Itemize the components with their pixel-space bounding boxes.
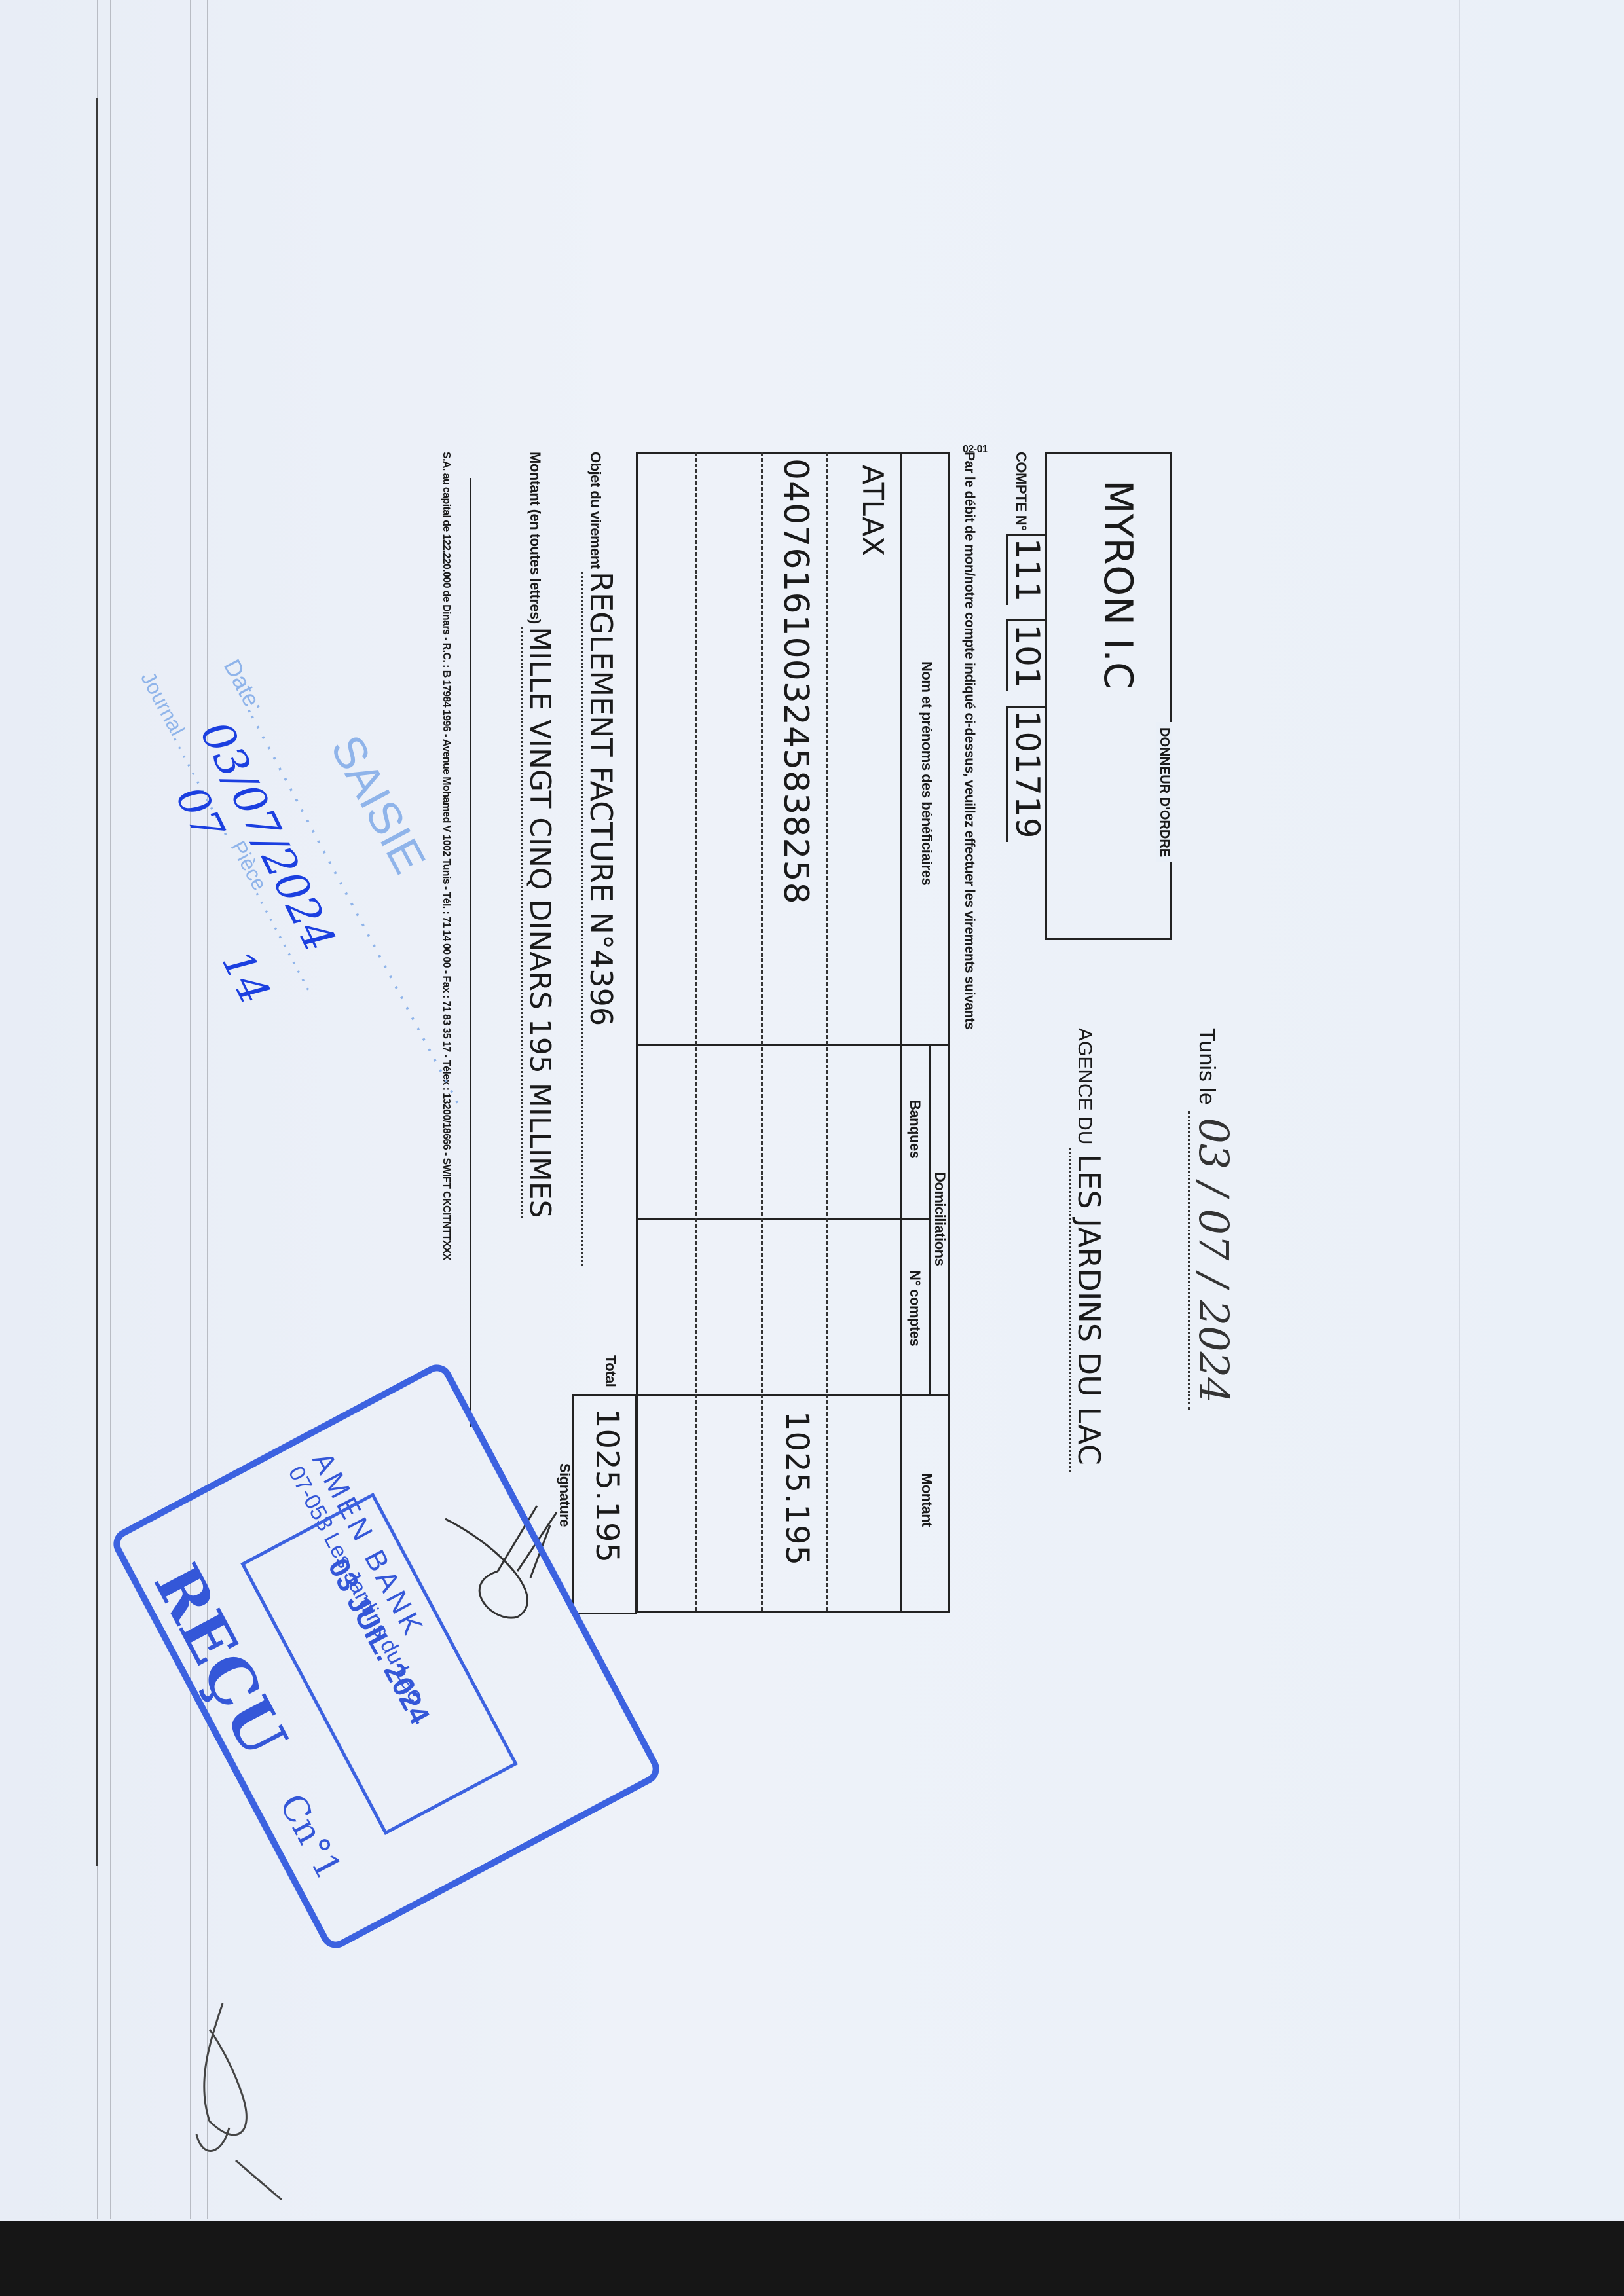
- account-label: COMPTE N°: [1013, 452, 1029, 530]
- row-divider: [761, 452, 763, 1611]
- table-border: [636, 1611, 950, 1613]
- column-divider: [636, 1044, 950, 1046]
- montant-lettres-value: MILLE VINGT CINQ DINARS 195 MILLIMES: [521, 627, 557, 1218]
- row-2-montant: 1025.195: [779, 1411, 815, 1566]
- margin-line: [190, 0, 191, 2219]
- city-date-label: Tunis le: [1194, 1028, 1219, 1105]
- account-part-2: 101: [1006, 619, 1046, 691]
- header-beneficiaire: Nom et prénoms des bénéficiaires: [918, 661, 935, 885]
- objet-label: Objet du virement: [587, 452, 604, 569]
- form-code: 02-01: [963, 444, 987, 456]
- objet-line: Objet du virement REGLEMENT FACTURE N°43…: [581, 452, 619, 1266]
- beneficiaries-table: Nom et prénoms des bénéficiaires Domicil…: [635, 452, 950, 1617]
- margin-line: [207, 0, 208, 2219]
- initials-signature-icon: [183, 1990, 288, 2200]
- footer-rule: [470, 478, 471, 1427]
- stamp-counter: Cn°1: [271, 1787, 350, 1886]
- header-domiciliations: Domiciliations: [931, 1172, 948, 1266]
- table-border: [948, 452, 950, 1611]
- montant-lettres-label: Montant (en toutes lettres): [527, 452, 544, 624]
- column-divider: [636, 1394, 950, 1396]
- row-divider: [695, 452, 697, 1611]
- page-edge-line: [96, 98, 98, 1866]
- account-number: COMPTE N° 111101101719: [1008, 452, 1046, 856]
- header-n-comptes: N° comptes: [906, 1270, 923, 1346]
- stamp-date: 03 JUIL. 2024: [321, 1554, 435, 1730]
- margin-line: [1459, 0, 1460, 2219]
- account-part-1: 111: [1006, 534, 1046, 605]
- account-part-3: 101719: [1006, 706, 1046, 842]
- scanned-page: Tunis le 03 / 07 / 2024 DONNEUR D'ORDRE …: [0, 0, 1624, 2219]
- saisie-journal-label: Journal: [136, 668, 189, 740]
- account-parts: 111101101719: [1008, 534, 1046, 856]
- montant-lettres-line: Montant (en toutes lettres) MILLE VINGT …: [521, 452, 557, 1218]
- total-value: 1025.195: [589, 1408, 625, 1563]
- city-date: Tunis le 03 / 07 / 2024: [1188, 1028, 1238, 1410]
- donneur-box: DONNEUR D'ORDRE MYRON I.C: [1045, 452, 1172, 940]
- column-divider: [636, 1218, 931, 1220]
- table-border: [636, 452, 950, 454]
- total-box: 1025.195: [572, 1394, 637, 1614]
- agence: AGENCE DU LES JARDINS DU LAC: [1069, 1028, 1107, 1472]
- row-2-beneficiaire: 04076161003245838258: [776, 458, 815, 905]
- scan-border: [0, 2221, 1624, 2296]
- instruction-text: Par le débit de mon/notre compte indiqué…: [961, 452, 977, 1029]
- agence-value: LES JARDINS DU LAC: [1069, 1148, 1107, 1472]
- donneur-label: DONNEUR D'ORDRE: [1156, 722, 1172, 862]
- header-divider: [900, 452, 902, 1611]
- footer-legal-text: S.A. au capital de 122.220.000 de Dinars…: [440, 452, 452, 1260]
- header-montant: Montant: [918, 1473, 935, 1527]
- city-date-value: 03 / 07 / 2024: [1188, 1111, 1238, 1410]
- saisie-piece-handwritten: 14: [212, 943, 278, 1012]
- total-label: Total: [602, 1355, 619, 1387]
- header-banques: Banques: [906, 1100, 923, 1158]
- stamp-date-box: 03 JUIL. 2024: [240, 1493, 518, 1835]
- donneur-name: MYRON I.C: [1095, 480, 1141, 689]
- objet-value: REGLEMENT FACTURE N°4396: [581, 572, 619, 1266]
- row-1-beneficiaire: ATLAX: [856, 465, 889, 556]
- agence-label: AGENCE DU: [1074, 1028, 1096, 1144]
- margin-line: [110, 0, 111, 2219]
- row-divider: [826, 452, 828, 1611]
- transfer-order-form: Tunis le 03 / 07 / 2024 DONNEUR D'ORDRE …: [406, 452, 1238, 1447]
